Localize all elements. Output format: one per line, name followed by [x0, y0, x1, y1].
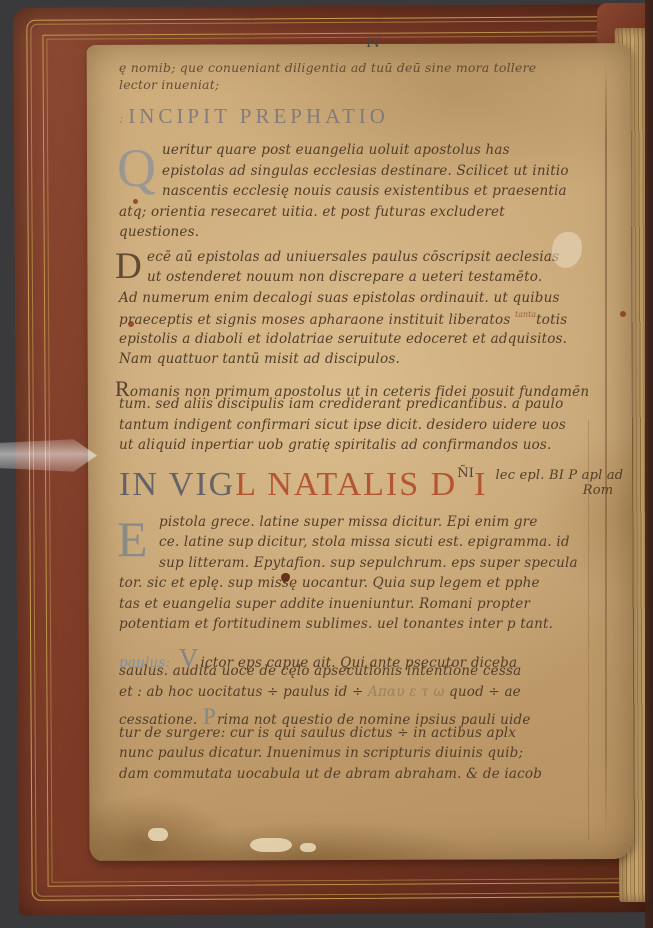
tear	[250, 838, 292, 852]
text-line: Romanis non primum apostolus ut in ceter…	[119, 376, 633, 397]
text-line: ueritur quare post euangelia uoluit apos…	[119, 142, 633, 163]
decorated-initial-E: E	[117, 517, 157, 561]
text-line: et : ab hoc uocitatus ÷ paulus id ÷ Απαυ…	[119, 684, 633, 705]
text-line: dam commutata uocabula ut de abram abrah…	[119, 766, 633, 787]
prologue-paragraph-queritur: Queritur quare post euangelia uoluit apo…	[119, 142, 633, 245]
incipit-heading: : INCIPIT PREPHATIO	[119, 104, 633, 134]
prologue-paragraph-decem: Decē aū epistolas ad uniuersales paulus …	[119, 249, 633, 372]
red-dot	[128, 321, 134, 327]
text-line: IN VIGL NATALIS DÑIIlec epl. BI P apl ad…	[119, 466, 633, 510]
text-line: cessatione. Prima not questio de nomine …	[119, 704, 633, 725]
text-line: tur de surgere: cur is qui saulus dictus…	[119, 725, 633, 746]
text-line: tor. sic et eplę. sup missę uocantur. Qu…	[119, 575, 633, 596]
text-line: Nam quattuor tantū misit ad discipulos.	[119, 351, 633, 372]
text-line: pistola grece. latine super missa dicitu…	[119, 514, 633, 535]
red-dot	[620, 311, 626, 317]
manuscript-photo: IV ę nomib; que conueniant diligentia ad…	[0, 0, 653, 928]
decorated-initial-Q: Q	[117, 145, 159, 191]
text-line: ut aliquid inpertiar uob gratię spirital…	[119, 437, 633, 458]
rubric-in-vigilia-natalis: IN VIGL NATALIS DÑIIlec epl. BI P apl ad…	[119, 466, 633, 510]
commentary-paragraph-victor: paulus: Victor eps capue ait. Qui ante p…	[119, 643, 633, 787]
prologue-paragraph-romanis: Romanis non primum apostolus ut in ceter…	[119, 376, 633, 458]
text-line: epistolis a diaboli et idolatriae seruit…	[119, 331, 633, 352]
red-dot	[133, 199, 138, 204]
rubric-marginal-note: lec epl. BI P apl adRom	[495, 468, 623, 498]
text-line: nunc paulus dicatur. Inuenimus in script…	[119, 745, 633, 766]
text-line: ut ostenderet nouum non discrepare a uet…	[119, 269, 633, 290]
text-line: ce. latine sup dicitur, stola missa sicu…	[119, 534, 633, 555]
tear	[300, 843, 316, 852]
text-column: ę nomib; que conueniant diligentia ad tu…	[119, 50, 633, 786]
text-line: atq; orientia resecaret uitia. et post f…	[119, 204, 633, 225]
text-line: sup litteram. Epytafion. sup sepulchrum.…	[119, 555, 633, 576]
text-line: tas et euangelia super addite inueniuntu…	[119, 596, 633, 617]
text-line: ę nomib; que conueniant diligentia ad tu…	[119, 60, 633, 77]
text-line: paulus: Victor eps capue ait. Qui ante p…	[119, 643, 633, 664]
text-line: tantum indigent confirmari sicut ipse di…	[119, 417, 633, 438]
commentary-paragraph-epistola: Epistola grece. latine super missa dicit…	[119, 514, 633, 637]
text-line: tum. sed aliis discipulis iam credideran…	[119, 396, 633, 417]
text-line: potentiam et fortitudinem sublimes. uel …	[119, 616, 633, 637]
text-line: lector inueniat;	[119, 77, 633, 94]
text-line: praeceptis et signis moses apharaone ins…	[119, 310, 633, 331]
text-line: epistolas ad singulas ecclesias destinar…	[119, 163, 633, 184]
text-line: nascentis ecclesię nouis causis existent…	[119, 183, 633, 204]
decorated-initial-D: D	[115, 250, 145, 284]
text-line: : INCIPIT PREPHATIO	[119, 104, 633, 134]
text-line: Ad numerum enim decalogi suas epistolas …	[119, 290, 633, 311]
catchline-note: ę nomib; que conueniant diligentia ad tu…	[119, 60, 633, 94]
book-cover-right-edge	[645, 0, 653, 928]
folio-number: IV	[366, 36, 383, 51]
tear	[148, 828, 168, 841]
